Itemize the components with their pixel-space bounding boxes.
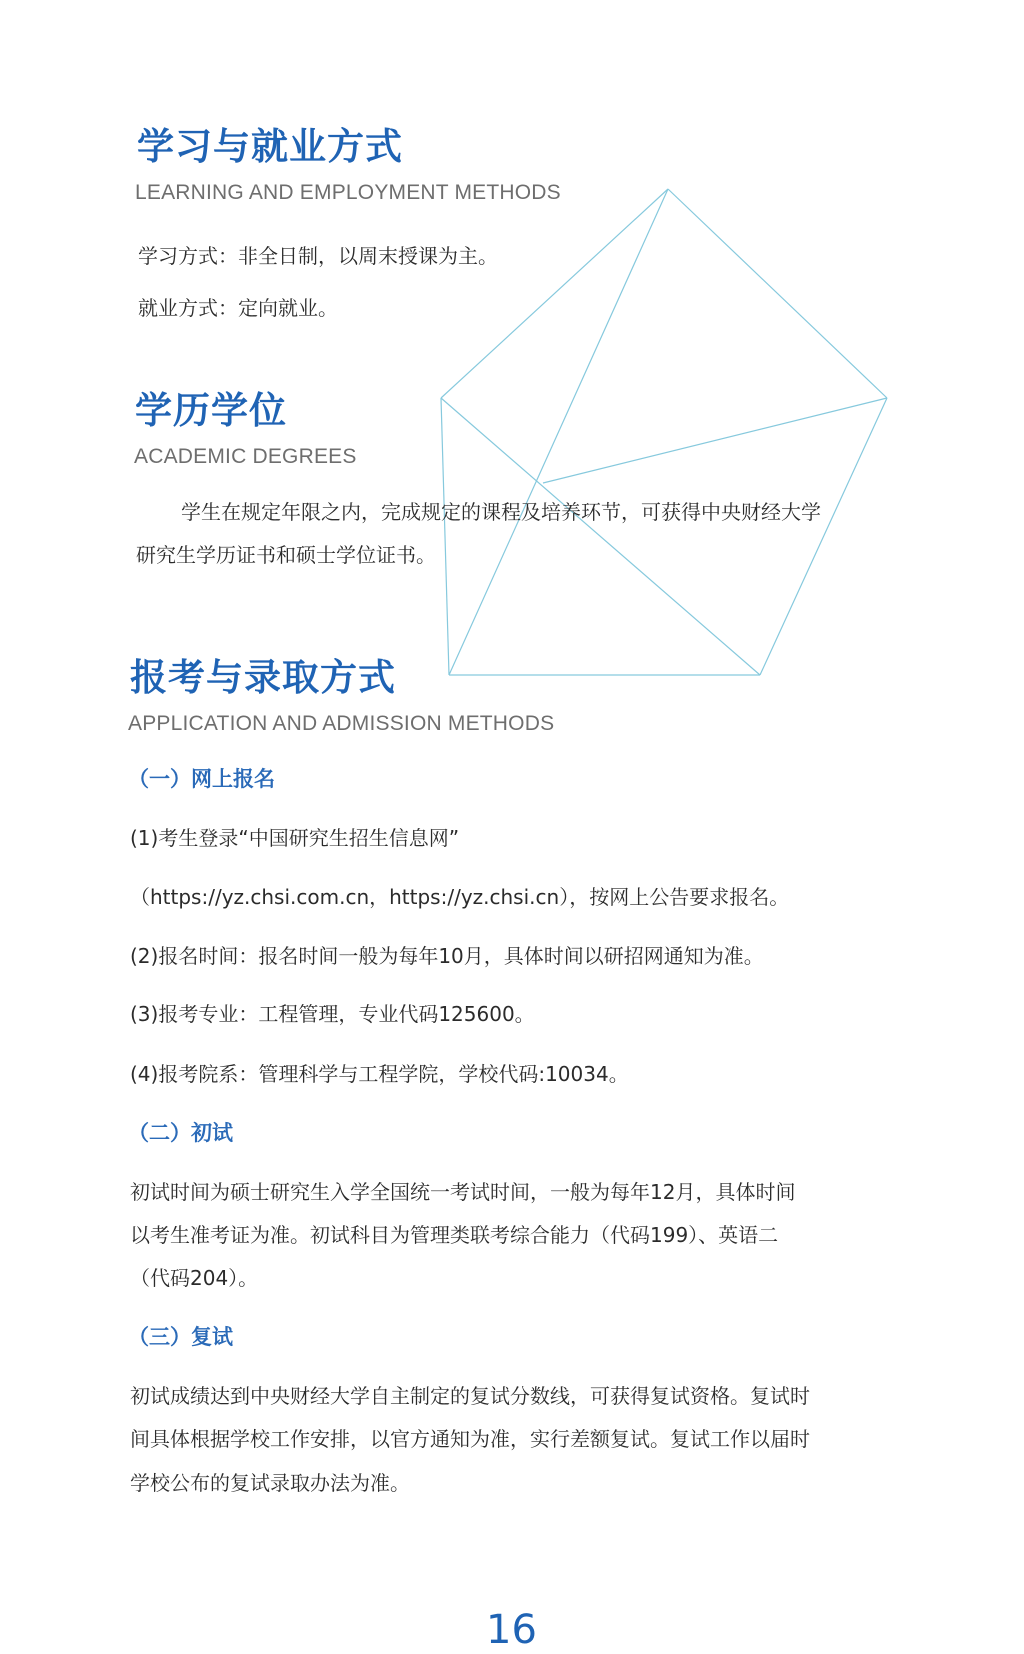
subsection-heading-preliminary: （二）初试 — [128, 1123, 233, 1144]
subsection-heading-online: （一）网上报名 — [128, 769, 275, 790]
online-item: (2)报名时间：报名时间一般为每年10月，具体时间以研招网通知为准。 — [130, 946, 764, 966]
preliminary-paragraph-line: （代码204）。 — [130, 1268, 258, 1288]
retest-paragraph-line: 初试成绩达到中央财经大学自主制定的复试分数线，可获得复试资格。复试时 — [130, 1386, 810, 1406]
learning-mode-text: 学习方式：非全日制，以周末授课为主。 — [138, 246, 498, 266]
retest-paragraph-line: 学校公布的复试录取办法为准。 — [130, 1473, 410, 1493]
preliminary-paragraph-line: 以考生准考证为准。初试科目为管理类联考综合能力（代码199）、英语二 — [130, 1225, 778, 1245]
section-title-degrees: 学历学位 — [135, 392, 287, 429]
degrees-paragraph-line: 研究生学历证书和硕士学位证书。 — [136, 545, 436, 565]
section-subtitle-application: APPLICATION AND ADMISSION METHODS — [128, 713, 554, 734]
online-item: (3)报考专业：工程管理，专业代码125600。 — [130, 1004, 535, 1024]
online-item: (4)报考院系：管理科学与工程学院，学校代码:10034。 — [130, 1064, 629, 1084]
online-item: (1)考生登录“中国研究生招生信息网” — [130, 828, 459, 848]
page-number: 16 — [486, 1610, 537, 1650]
subsection-heading-retest: （三）复试 — [128, 1327, 233, 1348]
section-subtitle-learning: LEARNING AND EMPLOYMENT METHODS — [135, 182, 561, 203]
degrees-paragraph-line: 学生在规定年限之内，完成规定的课程及培养环节，可获得中央财经大学 — [181, 502, 821, 522]
employment-mode-text: 就业方式：定向就业。 — [138, 298, 338, 318]
section-title-application: 报考与录取方式 — [130, 659, 396, 696]
retest-paragraph-line: 间具体根据学校工作安排，以官方通知为准，实行差额复试。复试工作以届时 — [130, 1429, 810, 1449]
section-title-learning: 学习与就业方式 — [137, 128, 403, 165]
section-subtitle-degrees: ACADEMIC DEGREES — [134, 446, 357, 467]
online-item-urls: （https://yz.chsi.com.cn，https://yz.chsi.… — [130, 887, 789, 907]
preliminary-paragraph-line: 初试时间为硕士研究生入学全国统一考试时间，一般为每年12月，具体时间 — [130, 1182, 795, 1202]
